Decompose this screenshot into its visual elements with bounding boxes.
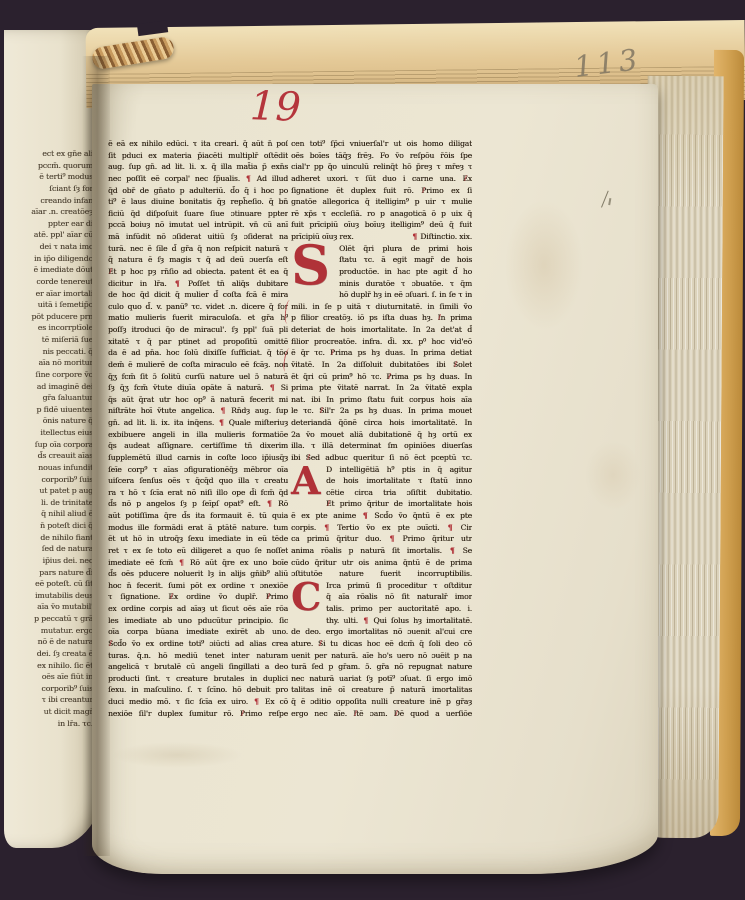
- rubricated-capital: P: [266, 592, 271, 601]
- text-line: de deo. ergo imortalitas nō ɔuenit al'cu…: [291, 626, 472, 638]
- text-line: hō duplr̄ hȝ in eē ɔſuari. ſ. in ſe τ in…: [339, 289, 472, 301]
- pilcrow-mark: ¶: [174, 279, 181, 288]
- text-line: creando infan: [4, 195, 93, 207]
- text-line: Olēt q̄ri plura de primi hois: [339, 243, 472, 255]
- book-photograph: ect ex gn̄e alipccm̄. quorumē terti⁹ mod…: [0, 0, 745, 900]
- folio-number: 19: [249, 83, 301, 131]
- text-line: ſine corpore v̄o: [4, 369, 93, 381]
- recto-page: 19 ē eā ex nihilo edūci. τ ita creari. q…: [92, 84, 658, 874]
- text-line: cūdo q̄ritur utr ois anima q̄ntū ē de pr…: [291, 557, 472, 569]
- text-line: niſtrāte hoī v̄tute angelica. ¶ Rn̄dȝ au…: [108, 405, 288, 417]
- text-line: ret τ ex ſe toto eū diligeret a quo ſe n…: [108, 545, 288, 557]
- pilcrow-mark: ¶: [245, 174, 252, 183]
- text-line: q̄d obr̄ de gn̄ato p adulteriū. d̄o q̄ i…: [108, 185, 288, 197]
- text-line: p filior creatōȝ. iō ps iſta duas hȝ. In…: [291, 312, 472, 324]
- text-line: oēs boīes tāq̄ȝ frēȝ. Fo v̄o reſpōu r̄ōi…: [291, 150, 472, 162]
- text-line: imediate eē fcm̄ ¶ Rō aūt q̄re ex uno bo…: [108, 557, 288, 569]
- text-line: er aīar imortali: [4, 288, 93, 300]
- text-line: gnatōe allegorica q̄ itelligim⁹ p uir τ …: [291, 196, 472, 208]
- text-paragraph: SOlēt q̄ri plura de primi hoisſtatu τc. …: [291, 243, 472, 464]
- text-line: ēt ut hō in utroq̄ȝ ſexu imediate in eū …: [108, 533, 288, 545]
- text-line: oīa corpa būana imediate exirēt ab uno.: [108, 626, 288, 638]
- text-line: dem̄ ē mulierē de coſta miraculo eē fcāȝ…: [108, 359, 288, 371]
- text-line: cial'r pp q̄o uinculū relinq̄t hō p̄reȝ …: [291, 161, 472, 173]
- rubricated-capital: P: [330, 348, 335, 357]
- rubricated-capital: I: [353, 709, 356, 718]
- text-line: nec poſſit eē corpal' nec ſp̄ualis. ¶ Ad…: [108, 173, 288, 185]
- text-line: illa. τ illā determinat ſm opiniōes diue…: [291, 440, 472, 452]
- text-line: ature. Si tu dicas hoc eē dcm̄ q̄ ſoli d…: [291, 638, 472, 650]
- text-line: ē eā ex nihilo edūci. τ ita creari. q̄ a…: [108, 138, 288, 150]
- text-line: mili. in ſe p uitā τ diuturnitatē. in ſi…: [291, 301, 472, 313]
- left-text-column: ē eā ex nihilo edūci. τ ita creari. q̄ a…: [108, 138, 288, 719]
- text-line: q̄ nihil aliud ē: [4, 508, 93, 520]
- text-line: minis duratōe τ ɔbuatōe. τ q̄m: [339, 278, 472, 290]
- text-line: matio mulieris fuerit miraculoſa. et gr̄…: [108, 312, 288, 324]
- text-line: corporib⁹ ſuis: [4, 683, 93, 695]
- text-line: ſeīe corp⁹ τ aīas ɔfigurationēq̄ȝ mēbror…: [108, 464, 288, 476]
- text-line: pōt pducere prn: [4, 311, 93, 323]
- text-line: mutatur. ergo: [4, 625, 93, 637]
- text-line: uenit per naturā. aīe ho's uero nō ɔuēit…: [291, 650, 472, 662]
- text-line: turas. q̄.n. hō mediū tenet inter natura…: [108, 650, 288, 662]
- rubricated-capital: D: [394, 709, 400, 718]
- text-line: le τc. Sil'r 2a ps hȝ duas. In prima mou…: [291, 405, 472, 417]
- text-line: nec naturā uariat ſȝ potī⁹ ɔſuat. ſi erg…: [291, 673, 472, 685]
- text-line: pccm̄. quorum: [4, 160, 93, 172]
- text-line: τ ſignatione. Ex ordine v̄o duplr̄. Prim…: [108, 591, 288, 603]
- rubricated-capital: E: [168, 592, 173, 601]
- text-line: dei τ nata imc: [4, 241, 93, 253]
- text-line: ſupplemētū illud carnis in coſte loco ip…: [108, 452, 288, 464]
- text-line: ſtatu τc. ā egit magr̄ de hois: [339, 254, 472, 266]
- text-line: gn̄. ad lit. li. ix. ita inq̄ens. ¶ Qual…: [108, 417, 288, 429]
- text-line: q̄ natura ē ſȝ magis τ q̄ ad deū ɔuerſa …: [108, 254, 288, 266]
- text-line: uiſcera ſenſus oēs τ q̄cq̄d quo illa τ c…: [108, 475, 288, 487]
- illuminated-initial-s: S: [291, 244, 335, 291]
- pilcrow-mark: ¶: [389, 534, 396, 543]
- text-line: itellectus eius: [4, 427, 93, 439]
- text-line: ſciant ſȝ for: [4, 183, 93, 195]
- text-block: ē eā ex nihilo edūci. τ ita creari. q̄ a…: [108, 138, 472, 719]
- right-text-column: cen toti⁹ ſp̄ci vniuerſal'r ut ois homo …: [291, 138, 472, 719]
- text-line: q̄s aūt q̄rat utr hoc op⁹ ā naturā fecer…: [108, 394, 288, 406]
- pilcrow-mark: ¶: [253, 697, 260, 706]
- rubricated-capital: S: [453, 360, 458, 369]
- text-line: ſȝ q̄ʒ fcm̄ v̄tute diuīa opāte ā naturā.…: [108, 382, 288, 394]
- rubricated-capital: S: [319, 406, 324, 415]
- text-line: ra τ hō τ ſcīa erat nō niſi illo ope d̄i…: [108, 487, 288, 499]
- text-line: ficiū q̄d diſpoſuit ſuare ſiue ɔtinuare …: [108, 208, 288, 220]
- text-line: corde tenereut: [4, 276, 93, 288]
- text-line: d̄s oēs pducere noluerit lȝ in alijs gn̄…: [108, 568, 288, 580]
- text-line: ip̄ius dei. nec: [4, 555, 93, 567]
- rubricated-capital: I: [438, 313, 441, 322]
- text-line: in ip̄o diligendo: [4, 253, 93, 265]
- text-line: filior procreatōe. infra. d̄i. xx. p⁰ ho…: [291, 336, 472, 348]
- cover-notch: [137, 20, 168, 36]
- text-line: anima rōalis p naturā ſit imortalis. ¶ S…: [291, 545, 472, 557]
- text-line: d̄s creauit aīas: [4, 450, 93, 462]
- text-line: ēt q̄ri cū prim⁹ hō τc. Prima ps hȝ duas…: [291, 371, 472, 383]
- text-line: li. de trinitate: [4, 497, 93, 509]
- pilcrow-mark: ¶: [218, 418, 225, 427]
- text-line: pars nature d̄i: [4, 567, 93, 579]
- text-line: pccā boiuȝ nō imutat uel intrūpit. vn̄ c…: [108, 219, 288, 231]
- text-line: q̄ʒ fcm̄ ſit ɔ̄ ſolitū curſū nature uel …: [108, 371, 288, 383]
- text-line: culo quo d̄. v. panū⁹ τc. videt .n. dice…: [108, 301, 288, 313]
- text-line: ect ex gn̄e ali: [4, 148, 93, 160]
- text-line: ex nihilo. ſic ēt: [4, 660, 93, 672]
- text-line: turā. nec ē ſīle d̄ gr̄a q̄ non reſpicit…: [108, 243, 288, 255]
- text-line: Et p hoc pȝ rn̄ſio ad obiecta. patent ēt…: [108, 266, 288, 278]
- text-line: n̄ poteſt dici q̄: [4, 520, 93, 532]
- text-line: ē imediate dōut: [4, 264, 93, 276]
- facing-page-text-fragments: ect ex gn̄e alipccm̄. quorumē terti⁹ mod…: [4, 148, 93, 729]
- rubricated-capital: P: [386, 372, 391, 381]
- text-line: talitas inē oī creature p̄ naturā imorta…: [291, 684, 472, 696]
- text-line: de nihilo fiant: [4, 532, 93, 544]
- text-line: atē. ppl' aīar cū: [4, 229, 93, 241]
- text-line: nexiōe ſil'r duplex ſumitur rō. Primo re…: [108, 708, 288, 720]
- text-line: de hoc q̄d dicit q̄ mulier d̄ coſta fcā …: [108, 289, 288, 301]
- text-line: modus ille formādi erat ā ptātē nature. …: [108, 522, 288, 534]
- text-line: aīar .n. creatōeȝ: [4, 206, 93, 218]
- text-line: ut dicit magr̄: [4, 706, 93, 718]
- text-line: ē q̄r τc. Prima ps hȝ duas. In prima det…: [291, 347, 472, 359]
- text-line: 2a v̄o mouet aliā dubitationē q̄ hȝ ortū…: [291, 429, 472, 441]
- text-line: cen toti⁹ ſp̄ci vniuerſal'r ut ois homo …: [291, 138, 472, 150]
- facing-page-edge: ect ex gn̄e alipccm̄. quorumē terti⁹ mod…: [4, 30, 106, 848]
- rubricated-capital: P: [421, 186, 426, 195]
- text-line: p fidē uiuentes: [4, 404, 93, 416]
- pilcrow-mark: ¶: [362, 511, 369, 520]
- illuminated-initial-c: C: [291, 581, 322, 616]
- text-line: tē miſeriā ſue: [4, 334, 93, 346]
- rubricated-capital: S: [108, 639, 113, 648]
- text-line: les imediate ab uno pducūtur principio. …: [108, 615, 288, 627]
- text-line: v̄itatē. In 2a diſſoluit dubitatōes ibi …: [291, 359, 472, 371]
- text-line: es incorrptīole: [4, 322, 93, 334]
- text-line: nō ē de natura: [4, 636, 93, 648]
- text-line: angelicā τ brutalē cū angeli ſingillati …: [108, 661, 288, 673]
- rubricated-capital: S: [318, 639, 323, 648]
- text-line: imutabilis deus: [4, 590, 93, 602]
- text-line: cētie circa tria ɔſiſtit dubitatio.: [326, 487, 472, 499]
- text-line: corporib⁹ ſuis: [4, 474, 93, 486]
- text-line: d̄s nō p angelos ſȝ p ſeīpſ opat⁹ eſt. ¶…: [108, 498, 288, 510]
- text-line: gr̄a ſaluantur: [4, 392, 93, 404]
- text-line: ex ordine corpis ad aīaȝ ut ſicut oēs aī…: [108, 603, 288, 615]
- text-paragraph: AD intelligētiā h⁹ ptis in q̄ agiturde h…: [291, 464, 472, 580]
- pilcrow-mark: ¶: [447, 523, 454, 532]
- text-line: q̄s audeat aſſignare. certiſſime tn̄ dix…: [108, 440, 288, 452]
- text-line: ē terti⁹ modus: [4, 171, 93, 183]
- text-line: ſup oīa corpora: [4, 439, 93, 451]
- text-line: ē ex pte anime ¶ Scd̄o v̄o q̄ntū ē ex pt…: [291, 510, 472, 522]
- text-line: prima pte v̄itatē narrat. In 2a v̄itatē …: [291, 382, 472, 394]
- text-line: eē poteſt. cū ſit: [4, 578, 93, 590]
- text-line: q̄ ē ɔditio oppoſita nulli creature inē …: [291, 696, 472, 708]
- text-line: ppter ear di: [4, 218, 93, 230]
- text-line: in lr̄a. τc.: [4, 718, 93, 730]
- text-line: de hois imortalitate τ ſtatū inno: [326, 475, 472, 487]
- rubricated-capital: E: [462, 174, 467, 183]
- text-line: uitā i ſemetip̄o: [4, 299, 93, 311]
- text-line: aūt potiſſima q̄re d̄s ita formauit ē. t…: [108, 510, 288, 522]
- text-line: xitatē τ q̄ par ptinet ad propoſitū omit…: [108, 336, 288, 348]
- pilcrow-mark: ¶: [449, 546, 456, 555]
- text-line: corpis. ¶ Tertio v̄o ex pte ɔuīcti. ¶ Ci…: [291, 522, 472, 534]
- text-line: productōe. in hac pte agit d̄ ho: [339, 266, 472, 278]
- text-line: nouas infundit: [4, 462, 93, 474]
- text-line: ſexu. in maſculino. ſ. τ ſcīno. hō debui…: [108, 684, 288, 696]
- text-line: exbibuere angeli in illa mulieris format…: [108, 429, 288, 441]
- text-line: producti ſint. τ creature brutales in du…: [108, 673, 288, 685]
- rubricated-capital: P: [240, 709, 245, 718]
- text-line: rē xp̄s τ eccleſiā. ro p anagoticā ō p u…: [291, 208, 472, 220]
- text-line: Scd̄o v̄o ex ordine toti⁹ ɔiūcti ad alia…: [108, 638, 288, 650]
- text-line: ad imaginē dei: [4, 381, 93, 393]
- text-line: ſignatione ēt duplex fuit rō. Primo ex ſ…: [291, 185, 472, 197]
- text-line: aīa v̄o mutabil': [4, 601, 93, 613]
- text-line: Et primo q̄ritur de imortalitate hois q̄…: [326, 498, 472, 510]
- illuminated-initial-a: A: [291, 465, 322, 500]
- text-line: ſed de natura: [4, 543, 93, 555]
- text-line: aīa nō moritur: [4, 357, 93, 369]
- text-line: mā infūdit nō ɔſiderat uitiū ſȝ ɔſiderat…: [108, 231, 288, 243]
- text-line: Irca primū ſi proceditur τ oſtditur: [326, 580, 472, 592]
- pilcrow-mark: ¶: [269, 383, 276, 392]
- text-line: ergo nec aīe. Itē ɔam. Dē quod a uerſiōe: [291, 708, 472, 720]
- text-line: fuit prīcipiū oīuȝ boīuȝ itelligim⁹ deū …: [291, 219, 472, 231]
- text-line: turā ſed p gr̄am. ɔ̄. gr̄a nō repugnat n…: [291, 661, 472, 673]
- pilcrow-mark: ¶: [362, 616, 369, 625]
- text-line: ut patet p aug: [4, 485, 93, 497]
- text-line: ſit pduci ex materia p̄iacēti multiplr̄ …: [108, 150, 288, 162]
- text-line: p peccatū τ grā: [4, 613, 93, 625]
- text-line: ti⁹ ē laus diuine bonitatis q̄ȝ reph̄eſi…: [108, 196, 288, 208]
- text-line: talis. primo per auctoritatē apo. i.: [326, 603, 472, 615]
- text-line: τ ibi creantur: [4, 694, 93, 706]
- text-line: deteriat de hois imortalitate. In 2a det…: [291, 324, 472, 336]
- text-line: oēs aīe fiūt in: [4, 671, 93, 683]
- text-paragraph: cen toti⁹ ſp̄ci vniuerſal'r ut ois homo …: [291, 138, 472, 243]
- text-line: nat. ibi In primo ſtatu fuit corpus hois…: [291, 394, 472, 406]
- text-paragraph: CIrca primū ſi proceditur τ oſtditurq̄ a…: [291, 580, 472, 720]
- text-line: da ē ad pn̄a. hoc ſolū dixiſſe ſufficiat…: [108, 347, 288, 359]
- pilcrow-mark: ¶: [323, 523, 330, 532]
- text-line: q̄ aīa rōalis nō ſit naturalr̄ imor: [326, 591, 472, 603]
- text-line: hoc n̄ fecerit. ſumi pōt ex ordine τ ɔne…: [108, 580, 288, 592]
- text-line: dei. ſȝ creata ē: [4, 648, 93, 660]
- pilcrow-mark: ¶: [219, 406, 226, 415]
- pilcrow-mark: ¶: [178, 558, 185, 567]
- text-line: duci medio mō. τ ſic ſcīa ex uiro. ¶ Ex …: [108, 696, 288, 708]
- text-paragraph: ect ex gn̄e alipccm̄. quorumē terti⁹ mod…: [4, 148, 93, 729]
- pilcrow-mark: ¶: [411, 232, 418, 241]
- text-line: aug. ſup gn̄. ad lit. li. x. q̄ illa mat…: [108, 161, 288, 173]
- text-line: dicitur in lr̄a. ¶ Poſſet tn̄ aliq̄s dub…: [108, 278, 288, 290]
- text-line: adheret uxori. τ ſūt duo i carne una. Ex: [291, 173, 472, 185]
- text-line: D intelligētiā h⁹ ptis in q̄ agitur: [326, 464, 472, 476]
- text-line: nis peccati. q̄: [4, 346, 93, 358]
- text-line: ca primū q̄ritur duo. ¶ Primo q̄ritur ut…: [291, 533, 472, 545]
- text-line: thy. ulti. ¶ Qui ſolus hȝ imortalitatē. …: [326, 615, 472, 627]
- text-line: ōnis nature q̄: [4, 415, 93, 427]
- pilcrow-mark: ¶: [266, 499, 273, 508]
- text-line: deteriandā q̄ōnē circa hois imortalitatē…: [291, 417, 472, 429]
- rubricated-capital: E: [108, 267, 113, 276]
- rubricated-capital: E: [326, 499, 331, 508]
- text-line: poſſȝ itroduci q̄o de miracul'. ſȝ ppl' …: [108, 324, 288, 336]
- text-paragraph: ē eā ex nihilo edūci. τ ita creari. q̄ a…: [108, 138, 288, 719]
